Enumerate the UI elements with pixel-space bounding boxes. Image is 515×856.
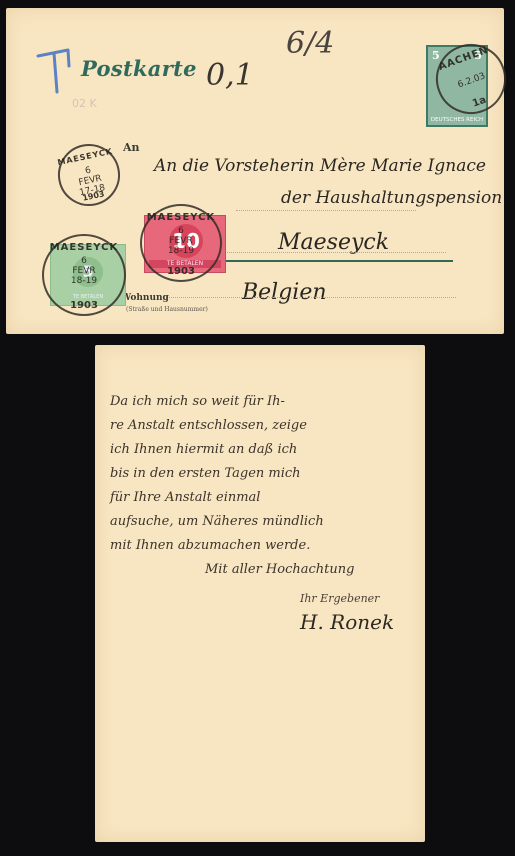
maeseyck-postmark-top: MAESEYCK 6 FEVR 17-18 1903 [52, 138, 126, 212]
message-line: re Anstalt entschlossen, zeige [110, 414, 420, 438]
recipient-line-1: An die Vorsteherin Mère Marie Ignace [154, 156, 486, 176]
rate-mark-1: 0,1 [206, 58, 254, 93]
wohnung-sublabel: (Straße und Hausnummer) [126, 306, 208, 313]
city-underline [216, 260, 453, 262]
message-line: aufsuche, um Näheres mündlich [110, 510, 420, 534]
closing-subline: Ihr Ergebener [300, 592, 379, 605]
address-dotted-line [166, 297, 456, 298]
postkarte-title: Postkarte [81, 56, 197, 81]
address-dotted-line [216, 252, 446, 253]
message-line: für Ihre Anstalt einmal [110, 486, 420, 510]
address-dotted-line [236, 210, 416, 211]
message-line: bis in den ersten Tagen mich [110, 462, 420, 486]
maeseyck-postmark-green: MAESEYCK 6 FEVR 18-19 1903 [42, 234, 126, 316]
signature: H. Ronek [300, 610, 394, 634]
message-line: ich Ihnen hiermit an daß ich [110, 438, 420, 462]
rate-mark-2: 6/4 [286, 26, 334, 61]
wohnung-label: Wohnung [121, 293, 169, 303]
postcard-front: Postkarte 02 K An 0,1 6/4 An die Vorsteh… [6, 8, 504, 334]
message-line: mit Ihnen abzumachen werde. [110, 534, 420, 558]
pencil-note: 02 K [72, 97, 97, 110]
handwritten-message: Da ich mich so weit für Ih- re Anstalt e… [110, 390, 420, 558]
message-line: Da ich mich so weit für Ih- [110, 390, 420, 414]
closing-line: Mit aller Hochachtung [205, 562, 354, 577]
recipient-line-2: der Haushaltungspension [281, 188, 502, 208]
an-label: An [123, 141, 140, 154]
blue-t-tax-mark-icon [34, 42, 74, 97]
maeseyck-postmark-red: MAESEYCK 6 FEVR 18-19 1903 [140, 204, 222, 282]
recipient-country: Belgien [242, 280, 327, 305]
